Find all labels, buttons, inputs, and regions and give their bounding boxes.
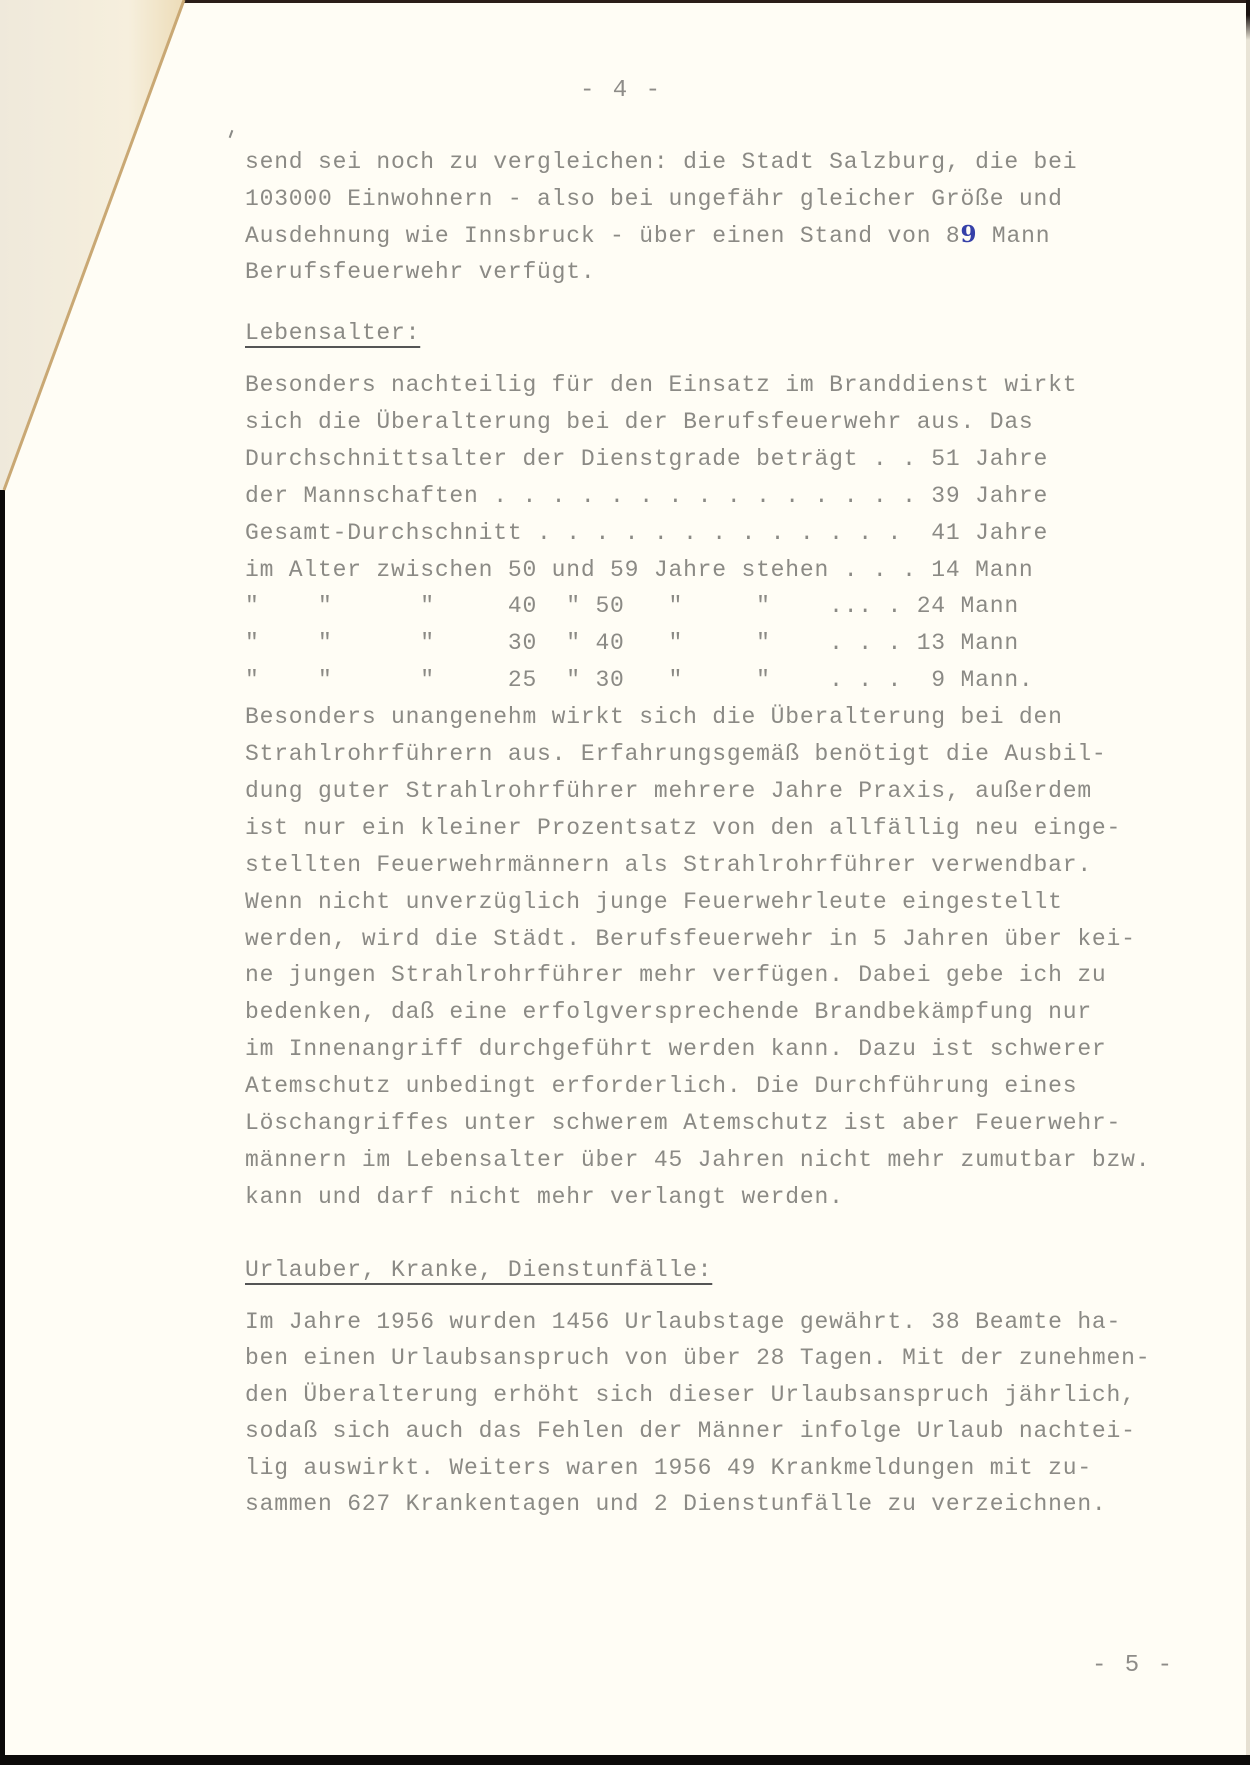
text-line: lig auswirkt. Weiters waren 1956 49 Kran… <box>245 1453 1092 1483</box>
text-line: ist nur ein kleiner Prozentsatz von den … <box>245 813 1121 843</box>
text-line: werden, wird die Städt. Berufsfeuerwehr … <box>245 924 1136 954</box>
text-line: kann und darf nicht mehr verlangt werden… <box>245 1182 844 1212</box>
text-line: der Mannschaften . . . . . . . . . . . .… <box>245 481 1048 511</box>
text-line: Durchschnittsalter der Dienstgrade beträ… <box>245 444 1048 474</box>
text-line: stellten Feuerwehrmännern als Strahlrohr… <box>245 850 1092 880</box>
text-line: den Überalterung erhöht sich dieser Urla… <box>245 1380 1136 1410</box>
text-line: sodaß sich auch das Fehlen der Männer in… <box>245 1416 1136 1446</box>
text-line: männern im Lebensalter über 45 Jahren ni… <box>245 1145 1150 1175</box>
text-line: ben einen Urlaubsanspruch von über 28 Ta… <box>245 1343 1150 1373</box>
text-line: " " " 25 " 30 " " . . . 9 Mann. <box>245 665 1034 695</box>
text-line: im Innenangriff durchgeführt werden kann… <box>245 1034 1107 1064</box>
scan-edge-left <box>0 490 5 1765</box>
handwritten-correction: 9 <box>961 221 978 248</box>
text-line: send sei noch zu vergleichen: die Stadt … <box>245 147 1077 177</box>
text-line: Atemschutz unbedingt erforderlich. Die D… <box>245 1071 1077 1101</box>
folded-previous-page <box>0 0 190 495</box>
text-line: Berufsfeuerwehr verfügt. <box>245 257 595 287</box>
margin-mark <box>229 130 234 138</box>
document-page: - 4 - send sei noch zu vergleichen: die … <box>0 0 1250 1765</box>
text-line: Löschangriffes unter schwerem Atemschutz… <box>245 1108 1121 1138</box>
text-fragment: Mann <box>977 223 1050 249</box>
text-line: sich die Überalterung bei der Berufsfeue… <box>245 407 1034 437</box>
text-line: Im Jahre 1956 wurden 1456 Urlaubstage ge… <box>245 1307 1121 1337</box>
scan-edge-bottom <box>0 1755 1250 1765</box>
text-line: " " " 30 " 40 " " . . . 13 Mann <box>245 628 1019 658</box>
next-page-marker: - 5 - <box>1092 1652 1174 1679</box>
text-line: ne jungen Strahlrohrführer mehr verfügen… <box>245 960 1107 990</box>
text-line: sammen 627 Krankentagen und 2 Dienstunfä… <box>245 1489 1107 1519</box>
text-line: Besonders nachteilig für den Einsatz im … <box>245 370 1077 400</box>
page-number: - 4 - <box>580 77 662 104</box>
text-line: Gesamt-Durchschnitt . . . . . . . . . . … <box>245 518 1048 548</box>
scan-edge-right <box>1246 0 1250 1765</box>
text-line: Besonders unangenehm wirkt sich die Über… <box>245 702 1063 732</box>
text-line: im Alter zwischen 50 und 59 Jahre stehen… <box>245 555 1034 585</box>
text-line: Wenn nicht unverzüglich junge Feuerwehrl… <box>245 887 1063 917</box>
text-line: Strahlrohrführern aus. Erfahrungsgemäß b… <box>245 739 1107 769</box>
text-line: " " " 40 " 50 " " ... . 24 Mann <box>245 591 1019 621</box>
scan-edge-top <box>180 0 1250 3</box>
section-heading-leave: Urlauber, Kranke, Dienstunfälle: <box>245 1255 712 1285</box>
text-line: dung guter Strahlrohrführer mehrere Jahr… <box>245 776 1092 806</box>
section-heading-age: Lebensalter: <box>245 318 420 348</box>
text-line: 103000 Einwohnern - also bei ungefähr gl… <box>245 184 1063 214</box>
text-line: Ausdehnung wie Innsbruck - über einen St… <box>245 220 1050 251</box>
text-line: bedenken, daß eine erfolgversprechende B… <box>245 997 1092 1027</box>
